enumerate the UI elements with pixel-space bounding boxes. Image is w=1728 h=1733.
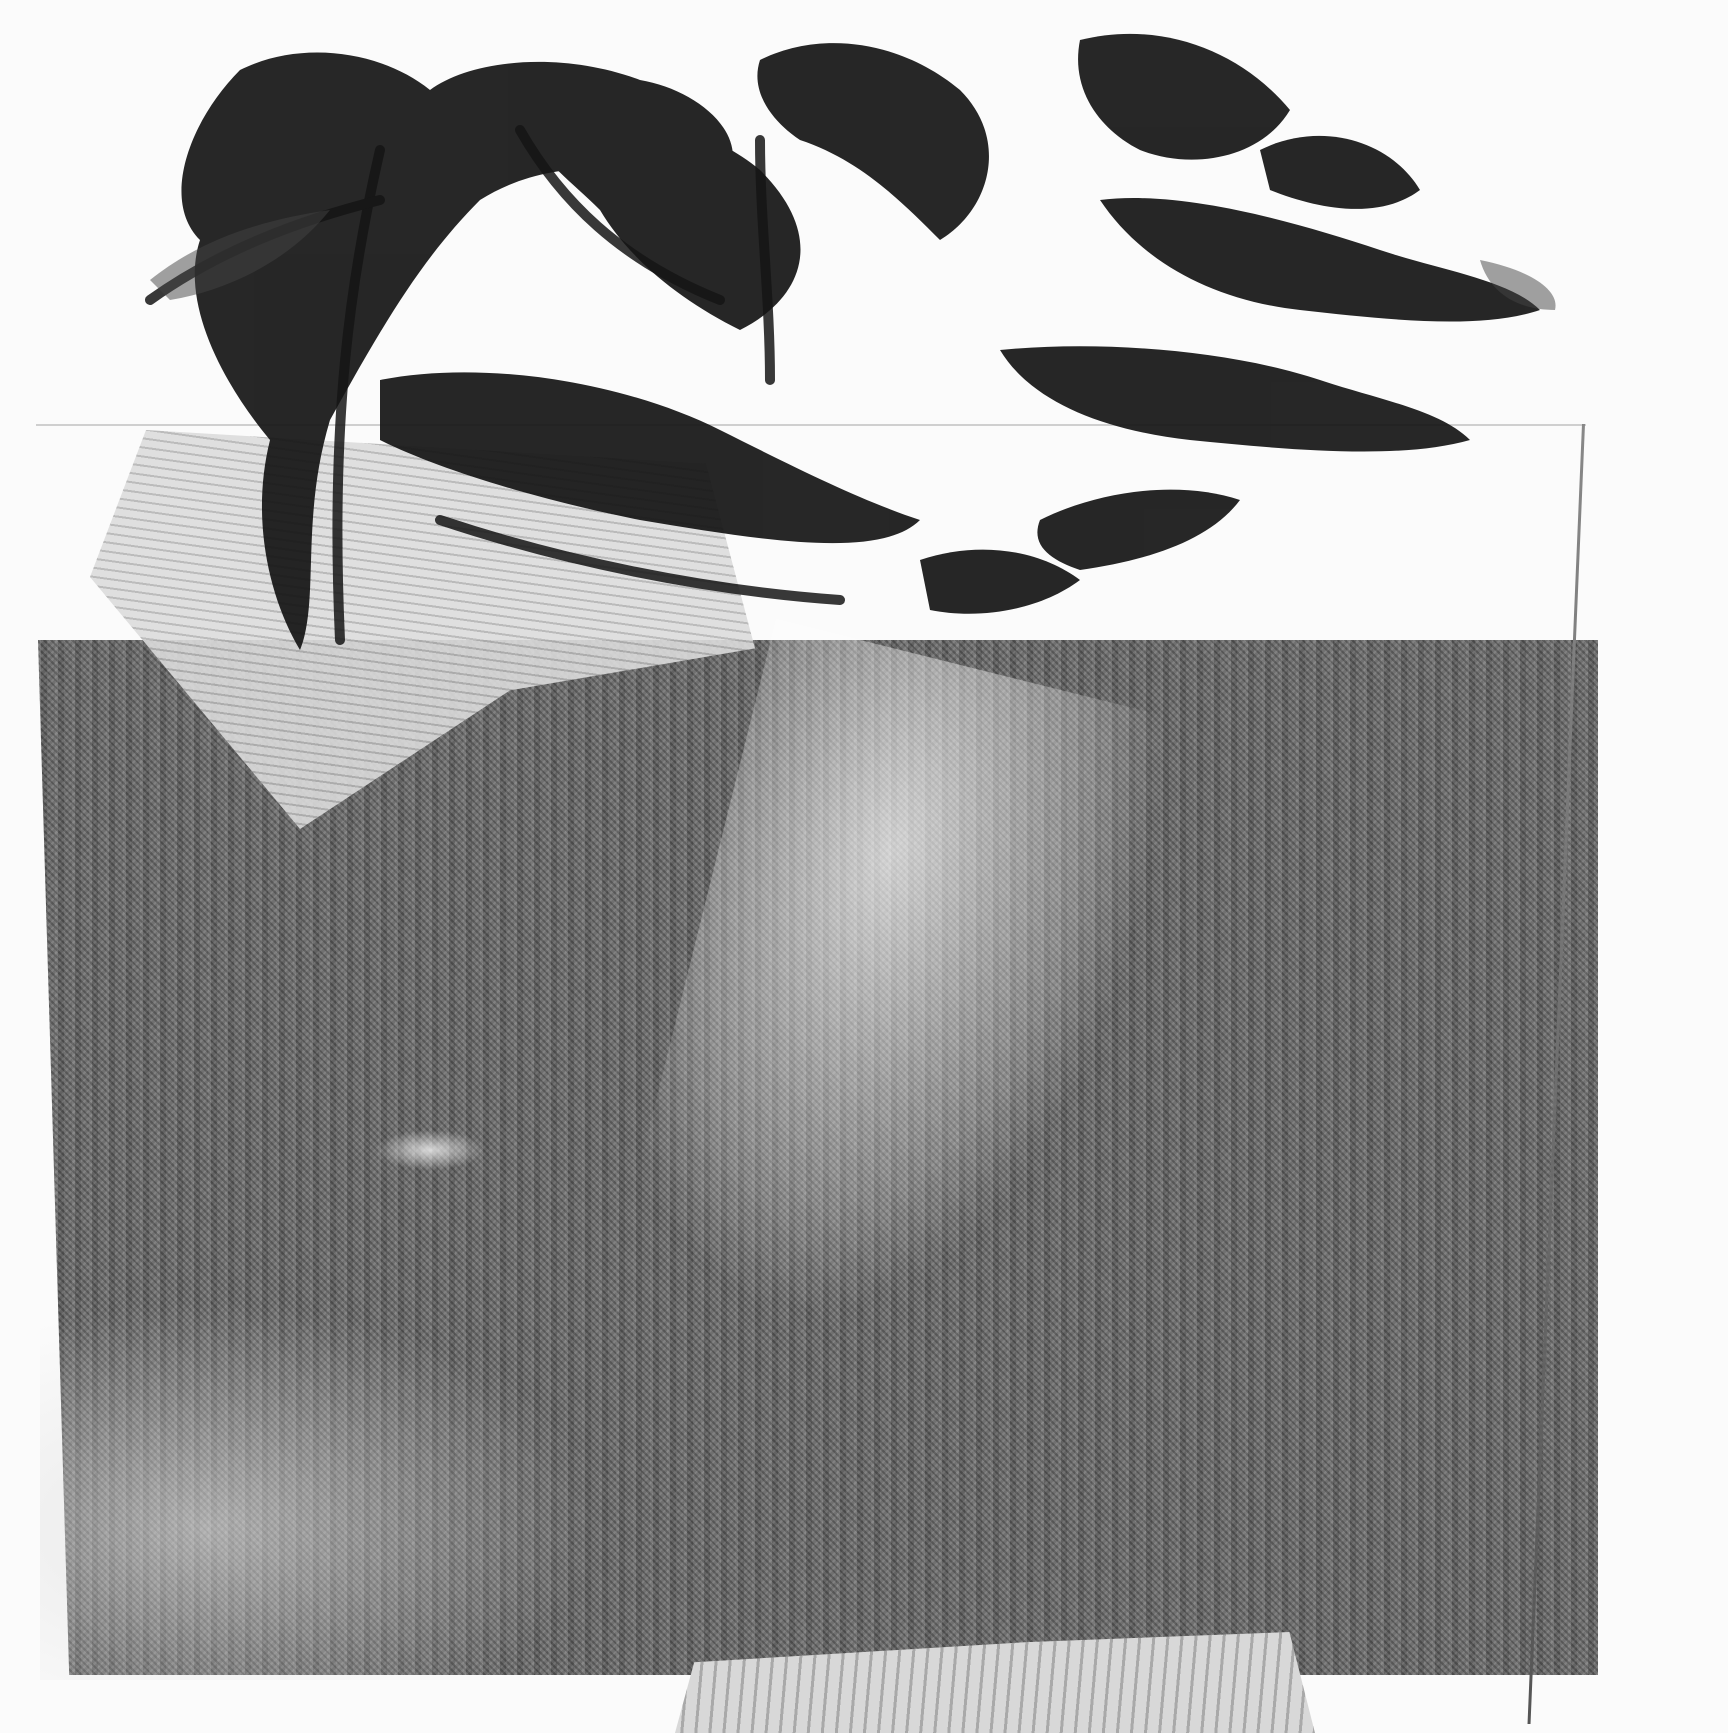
artwork-canvas — [0, 0, 1728, 1733]
ink-brushstrokes — [0, 0, 1728, 1733]
